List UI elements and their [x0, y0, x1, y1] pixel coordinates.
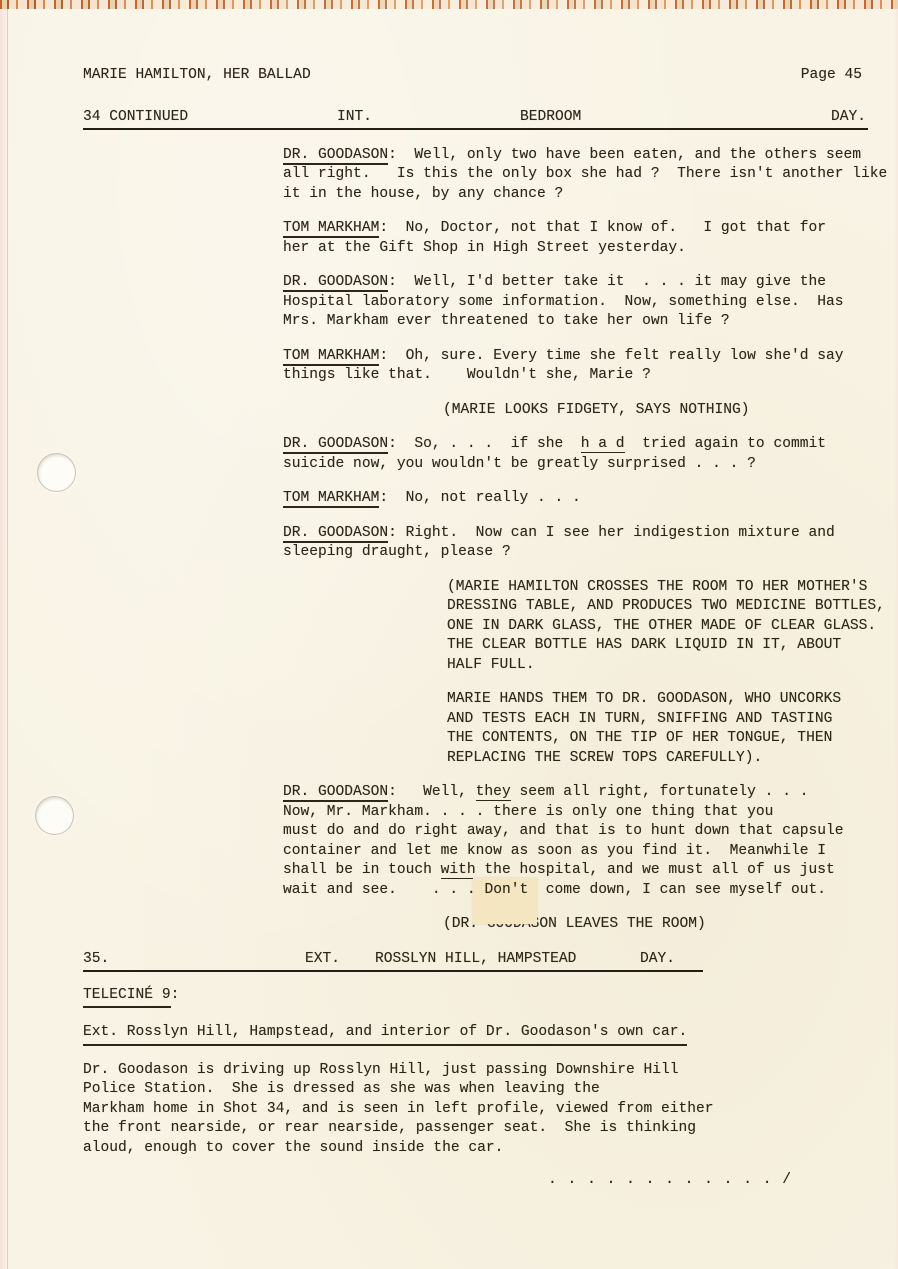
correction-patch: Don't [484, 882, 528, 898]
scene-setting: INT. [337, 108, 372, 128]
stage-direction: (MARIE HAMILTON CROSSES THE ROOM TO HER … [447, 578, 898, 676]
dialogue-block: DR. GOODASON: Well, I'd better take it .… [283, 273, 898, 332]
scene-location: BEDROOM [520, 108, 581, 128]
page-header: MARIE HAMILTON, HER BALLAD Page 45 [83, 66, 862, 86]
underlined-word: with the [441, 862, 511, 879]
dialogue-text: : Well, [388, 784, 476, 800]
scene-time: DAY. [831, 108, 866, 128]
telecine-heading: TELECINÉ 9: [83, 986, 898, 1009]
hole-punch [37, 453, 76, 492]
parenthetical: (MARIE LOOKS FIDGETY, SAYS NOTHING) [443, 401, 898, 421]
telecine-label: TELECINÉ 9 [83, 986, 171, 1009]
dialogue-text: : So, . . . if she [388, 436, 581, 452]
scan-left-edge [0, 9, 8, 1269]
scene-heading: 35.EXT.ROSSLYN HILL, HAMPSTEADDAY. [83, 950, 703, 972]
dialogue-block: TOM MARKHAM: No, Doctor, not that I know… [283, 219, 898, 258]
scene-continued-heading: 34 CONTINUEDINT.BEDROOMDAY. [83, 108, 868, 130]
character-cue: TOM MARKHAM [283, 348, 379, 366]
dialogue-block: DR. GOODASON: Well, they seem all right,… [283, 783, 898, 900]
scene-setting: EXT. [305, 950, 340, 970]
action-paragraph: Dr. Goodason is driving up Rosslyn Hill,… [83, 1061, 858, 1159]
scan-right-edge [894, 9, 898, 1269]
character-cue: TOM MARKHAM [283, 490, 379, 508]
hole-punch [35, 796, 74, 835]
character-cue: DR. GOODASON [283, 274, 388, 292]
dialogue-block: TOM MARKHAM: Oh, sure. Every time she fe… [283, 347, 898, 386]
continuation-marks: . . . . . . . . . . . . / [0, 1171, 792, 1191]
character-cue: DR. GOODASON [283, 784, 388, 802]
dialogue-text: come down, I can see myself out. [528, 882, 826, 898]
telecine-colon: : [171, 987, 180, 1003]
scene-location: ROSSLYN HILL, HAMPSTEAD [375, 950, 576, 970]
scene-number: 35. [83, 950, 109, 970]
stage-direction: MARIE HANDS THEM TO DR. GOODASON, WHO UN… [447, 690, 898, 768]
document-title: MARIE HAMILTON, HER BALLAD [83, 66, 311, 86]
page-number: Page 45 [801, 66, 862, 86]
dialogue-column: DR. GOODASON: Well, only two have been e… [283, 146, 898, 935]
dialogue-text: : No, not really . . . [379, 490, 580, 506]
dialogue-block: TOM MARKHAM: No, not really . . . [283, 489, 898, 509]
dialogue-block: DR. GOODASON: Right. Now can I see her i… [283, 524, 898, 563]
scene-subheading: Ext. Rosslyn Hill, Hampstead, and interi… [83, 1023, 687, 1046]
dialogue-block: DR. GOODASON: Well, only two have been e… [283, 146, 898, 205]
character-cue: TOM MARKHAM [283, 220, 379, 238]
underlined-word: they [476, 784, 511, 801]
script-page: MARIE HAMILTON, HER BALLAD Page 45 34 CO… [0, 0, 898, 1269]
character-cue: DR. GOODASON [283, 525, 388, 543]
character-cue: DR. GOODASON [283, 436, 388, 454]
character-cue: DR. GOODASON [283, 147, 388, 165]
scene-time: DAY. [640, 950, 675, 970]
scene-number: 34 CONTINUED [83, 108, 188, 128]
underlined-word: h a d [581, 436, 625, 453]
dialogue-block: DR. GOODASON: So, . . . if she h a d tri… [283, 435, 898, 474]
scene-subheading-line: Ext. Rosslyn Hill, Hampstead, and interi… [83, 1023, 898, 1046]
scan-top-edge [0, 0, 898, 9]
